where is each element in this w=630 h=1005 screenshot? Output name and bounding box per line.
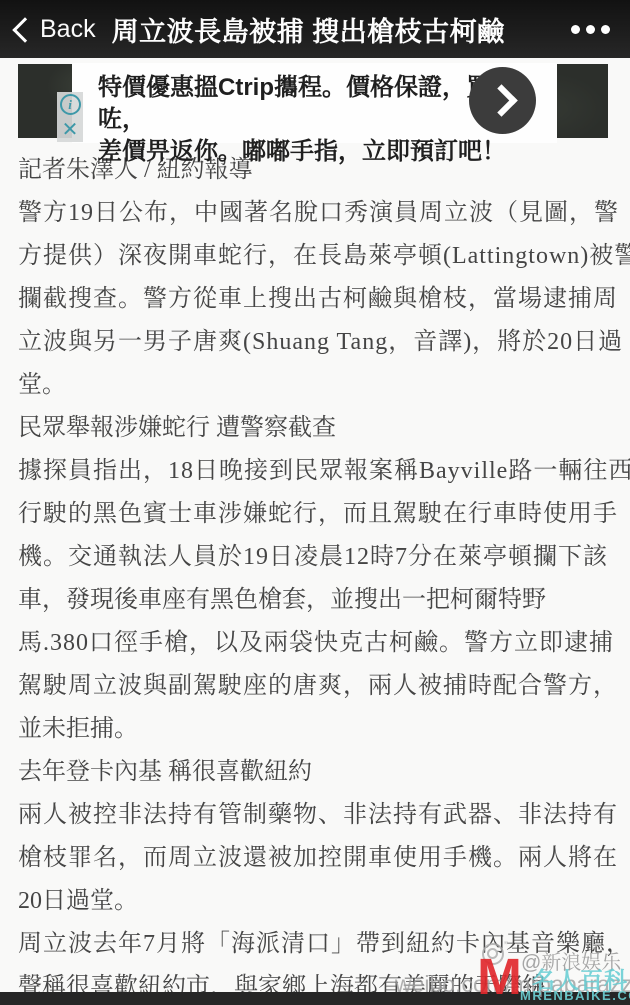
dot xyxy=(586,25,595,34)
back-button[interactable]: Back xyxy=(16,15,96,44)
article-line: 機。交通執法人員於19日凌晨12時7分在萊亭頓攔下該 xyxy=(18,536,612,579)
back-label: Back xyxy=(40,15,96,44)
mrenbaike-domain: MRENBAIKE.COM xyxy=(520,988,630,1003)
article-line: 行駛的黑色賓士車涉嫌蛇行，而且駕駛在行車時使用手 xyxy=(18,493,612,536)
ad-close-button[interactable]: ✕ xyxy=(57,117,83,142)
article-line: 攔截搜查。警方從車上搜出古柯鹼與槍枝，當場逮捕周 xyxy=(18,278,612,321)
article-line: 據探員指出，18日晚接到民眾報案稱Bayville路一輛往西 xyxy=(18,450,612,493)
article-body: 記者朱澤人 / 紐約報導 警方19日公布，中國著名脫口秀演員周立波（見圖，警 方… xyxy=(18,149,612,1005)
article-line: 槍枝罪名，而周立波還被加控開車使用手機。兩人將在 xyxy=(18,837,612,880)
more-options-icon[interactable] xyxy=(571,25,610,34)
dot xyxy=(571,25,580,34)
article-line: 立波與另一男子唐爽(Shuang Tang，音譯)，將於20日過 xyxy=(18,321,612,364)
article-line: 車，發現後車座有黑色槍套，並搜出一把柯爾特野 xyxy=(18,579,612,622)
page-title: 周立波長島被捕 搜出槍枝古柯鹼 xyxy=(112,10,505,49)
close-icon: ✕ xyxy=(62,120,79,140)
ad-info-button[interactable]: i xyxy=(57,92,83,117)
dot xyxy=(601,25,610,34)
article-line: 20日過堂。 xyxy=(18,880,612,923)
chevron-right-icon xyxy=(485,84,518,117)
article-line: 並未拒捕。 xyxy=(18,708,612,751)
article-subhead: 去年登卡內基 稱很喜歡紐約 xyxy=(18,751,612,794)
ad-controls: i ✕ xyxy=(57,92,83,142)
chevron-left-icon xyxy=(12,17,37,42)
article-line: 堂。 xyxy=(18,364,612,407)
nav-bar: Back 周立波長島被捕 搜出槍枝古柯鹼 xyxy=(0,0,630,58)
mrenbaike-m-logo: M xyxy=(477,951,522,1002)
article-line: 馬.380口徑手槍，以及兩袋快克古柯鹼。警方立即逮捕 xyxy=(18,622,612,665)
ad-next-button[interactable] xyxy=(469,67,536,134)
article-subhead: 民眾舉報涉嫌蛇行 遭警察截查 xyxy=(18,407,612,450)
info-icon: i xyxy=(60,94,81,115)
ad-line-2: 差價畀返你。嘟嘟手指，立即預訂吧！ xyxy=(98,136,557,168)
article-line: 方提供）深夜開車蛇行，在長島萊亭頓(Lattingtown)被警 xyxy=(18,235,612,278)
article-line: 警方19日公布，中國著名脫口秀演員周立波（見圖，警 xyxy=(18,192,612,235)
article-line: 兩人被控非法持有管制藥物、非法持有武器、非法持有 xyxy=(18,794,612,837)
article-line: 駕駛周立波與副駕駛座的唐爽，兩人被捕時配合警方， xyxy=(18,665,612,708)
